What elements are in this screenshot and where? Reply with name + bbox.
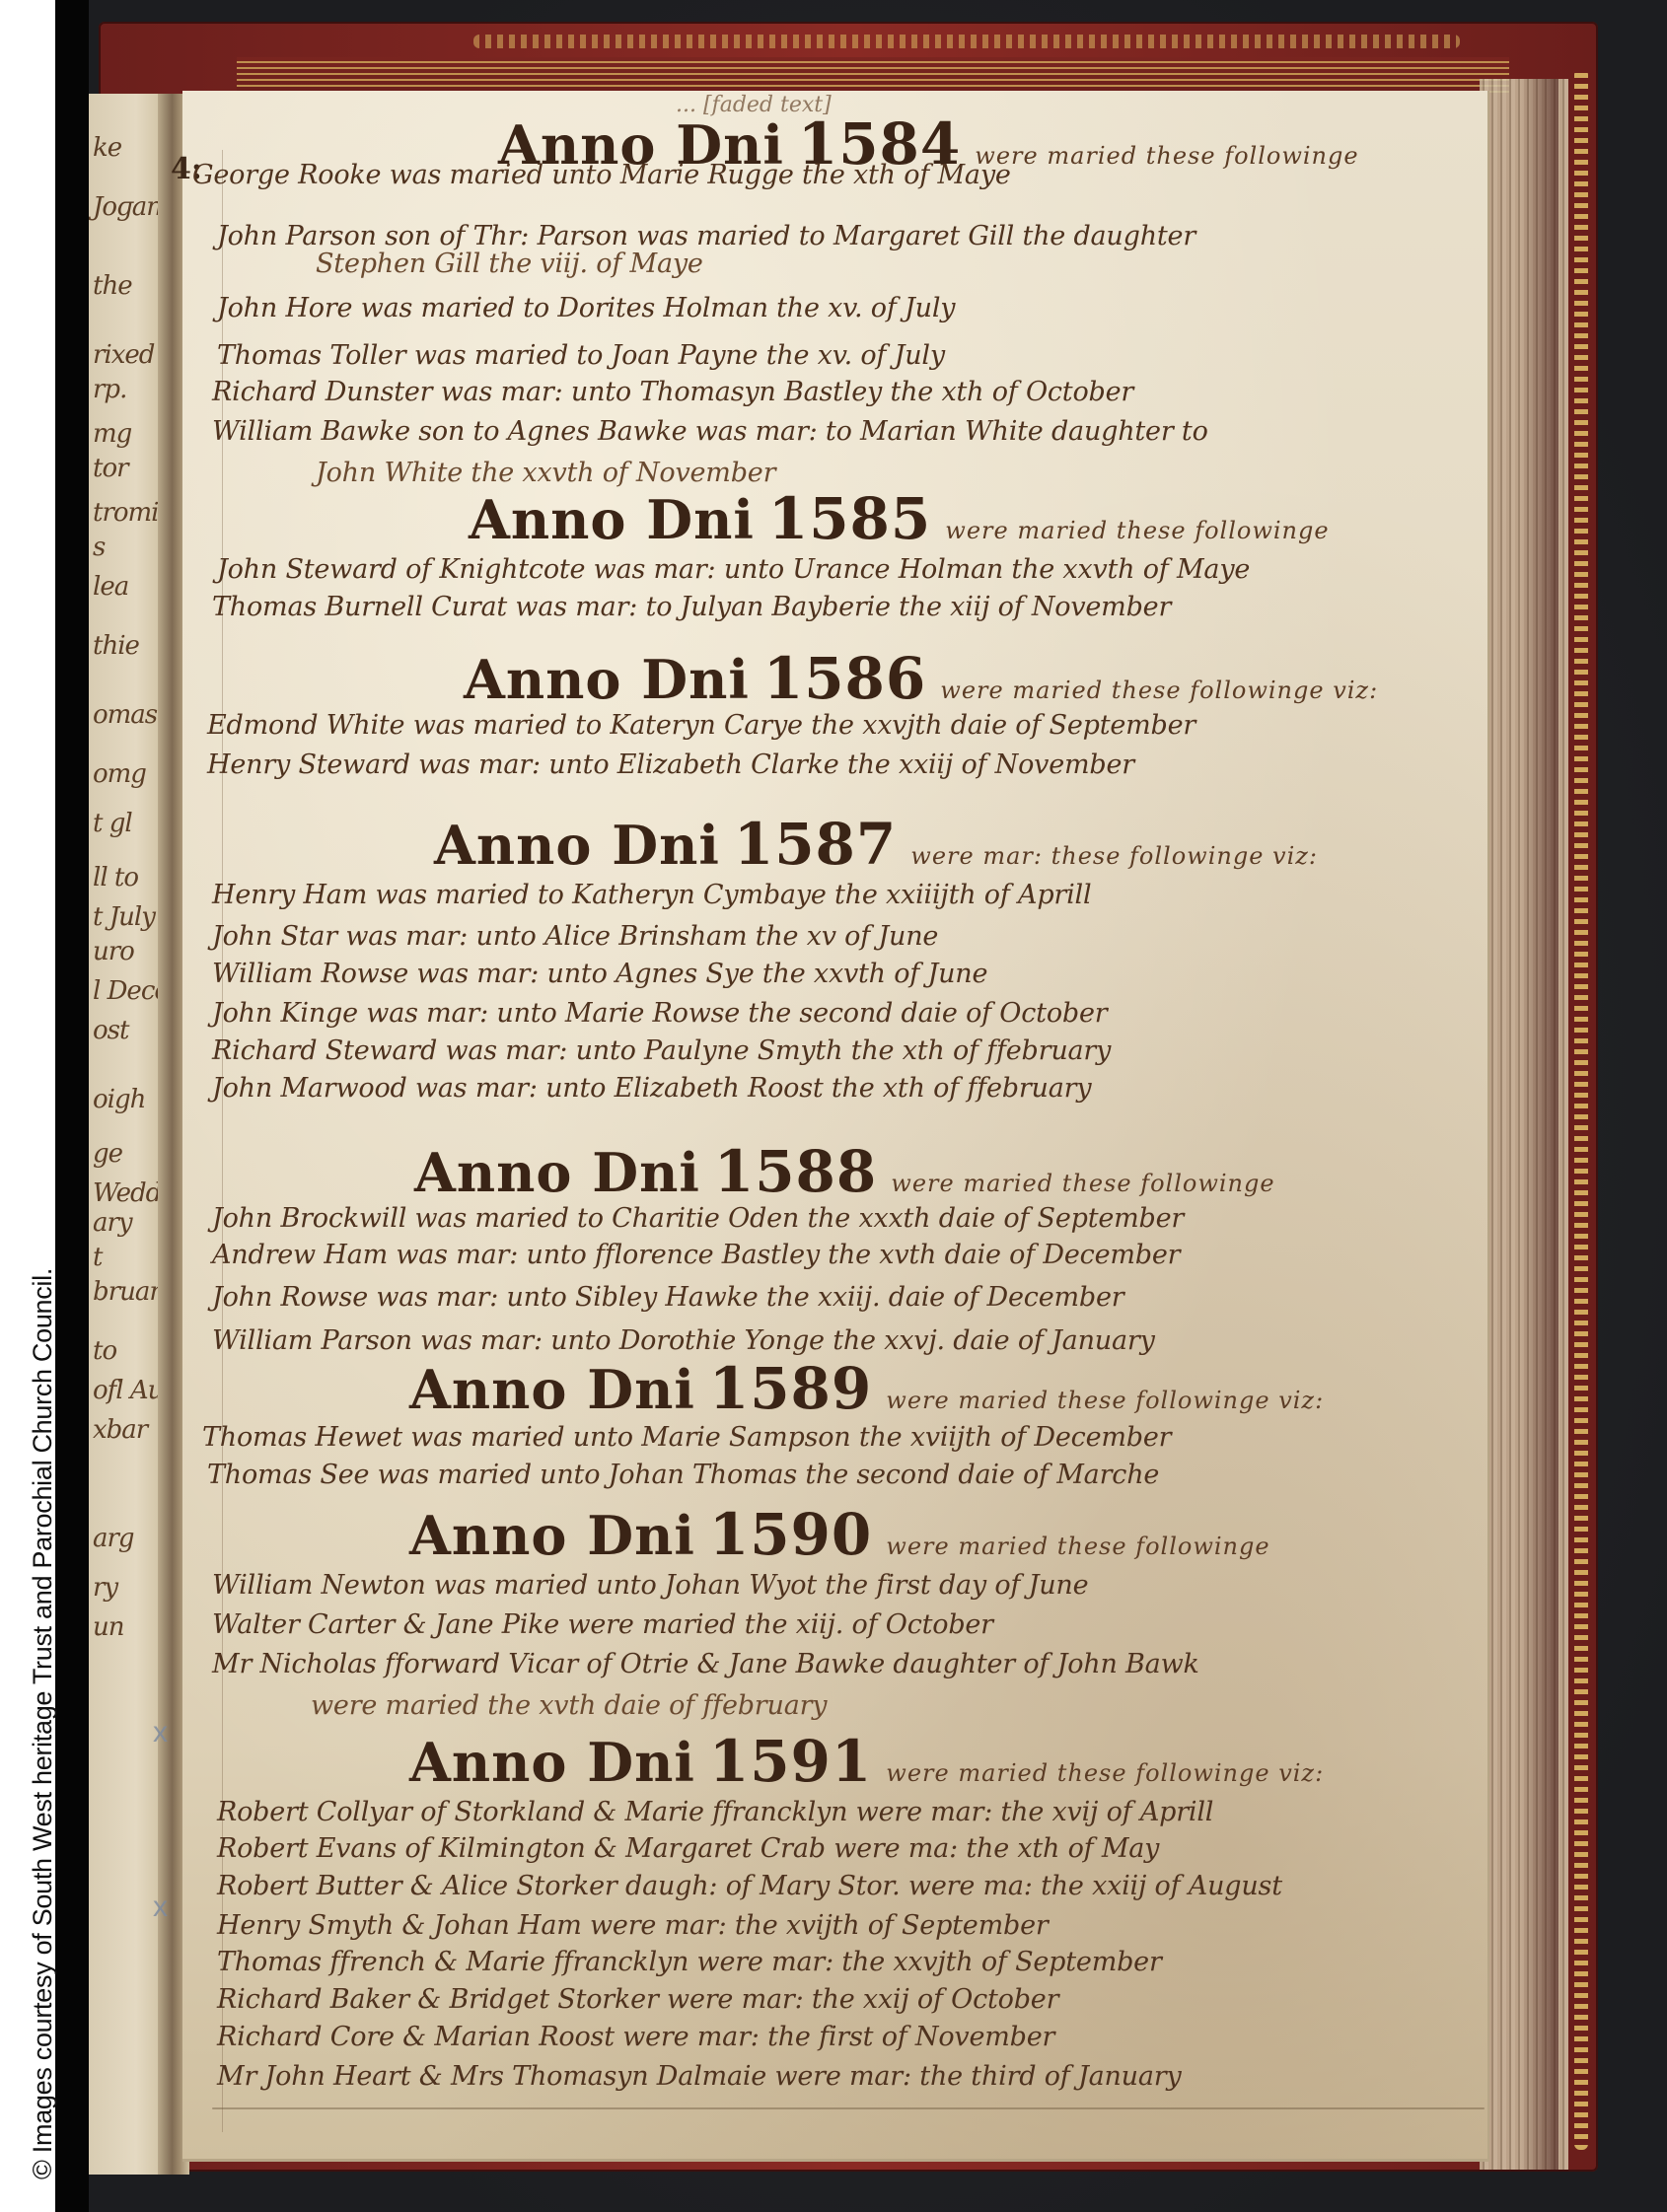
year-heading: Anno Dni1591were maried these followinge… [409,1728,1324,1795]
year-heading: Anno Dni1586were maried these followinge… [464,645,1378,712]
marriage-entry: Thomas Hewet was maried unto Marie Samps… [202,1422,1171,1453]
marriage-entry: John Rowse was mar: unto Sibley Hawke th… [212,1282,1123,1313]
register-page: ... [faded text] 4: x x Anno Dni1584were… [182,91,1489,2162]
facing-page-fragment: mg [93,419,131,449]
facing-page-strip: keJoɡantherixedrp.mgtortromisleathieomas… [89,94,168,2175]
year-number: 1589 [709,1355,872,1422]
facing-page-fragment: t July [93,902,155,932]
marriage-entry: William Parson was mar: unto Dorothie Yo… [212,1325,1155,1356]
marriage-entry: Andrew Ham was mar: unto fflorence Bastl… [212,1240,1180,1270]
facing-page-fragment: uro [93,937,134,966]
facing-page-fragment: ost [93,1016,128,1045]
facing-page-fragment: s [93,533,105,562]
heading-tail-text: were maried these followinge viz: [886,1759,1324,1787]
facing-page-fragment: bruar [93,1277,161,1307]
marriage-entry: William Newton was maried unto Johan Wyo… [212,1570,1088,1601]
marriage-entry: Henry Ham was maried to Katheryn Cymbaye… [212,880,1091,910]
facing-page-fragment: rixed [93,340,154,370]
facing-page-fragment: ke [93,133,121,163]
gold-tooling-top-lines [237,57,1509,93]
copyright-credit: © Images courtesy of South West heritage… [28,1268,58,2179]
marriage-entry: Thomas ffrench & Marie ffrancklyn were m… [217,1947,1162,1977]
page-edges-shadow [1519,79,1558,2170]
marriage-entry: Robert Evans of Kilmington & Margaret Cr… [217,1833,1159,1864]
year-heading: Anno Dni1589were maried these followinge… [409,1355,1324,1422]
anno-domini-label: Anno Dni [414,1141,700,1204]
marriage-entry: Stephen Gill the viij. of Maye [316,249,703,279]
black-border [55,0,89,2212]
facing-page-fragment: xbar [93,1415,147,1445]
marriage-entry: John Hore was maried to Dorites Holman t… [217,293,955,323]
year-number: 1590 [709,1501,872,1568]
year-number: 1588 [714,1138,877,1205]
facing-page-fragment: omas [93,700,157,730]
facing-page-fragment: ge [93,1139,122,1169]
facing-page-fragment: tromi [93,498,159,528]
gold-tooling-right [1574,69,1588,2150]
marriage-entry: Henry Steward was mar: unto Elizabeth Cl… [207,749,1134,780]
marriage-entry: John White the xxvth of November [316,458,775,488]
facing-page-fragment: un [93,1612,124,1642]
facing-page-fragment: ry [93,1573,117,1603]
marriage-entry: Richard Core & Marian Roost were mar: th… [217,2022,1054,2052]
marriage-entry: Richard Baker & Bridget Storker were mar… [217,1984,1058,2015]
facing-page-fragment: arg [93,1524,134,1553]
marriage-entry: Edmond White was maried to Kateryn Carye… [207,710,1196,741]
facing-page-fragment: Wedd [93,1178,161,1208]
facing-page-fragment: ofl Augu [93,1376,168,1405]
year-number: 1586 [763,645,926,712]
facing-page-fragment: oigh [93,1085,145,1114]
marriage-entry: George Rooke was maried unto Marie Rugge… [192,160,1011,190]
marriage-entry: Thomas Toller was maried to Joan Payne t… [217,340,945,371]
year-number: 1585 [768,485,931,552]
marriage-entry: Mr John Heart & Mrs Thomasyn Dalmaie wer… [217,2061,1182,2092]
anno-domini-label: Anno Dni [434,814,720,877]
year-heading: Anno Dni1590were maried these followinge [409,1501,1270,1568]
marriage-entry: Mr Nicholas fforward Vicar of Otrie & Ja… [212,1649,1199,1679]
marriage-entry: Richard Dunster was mar: unto Thomasyn B… [212,377,1133,407]
facing-page-fragment: ary [93,1208,132,1238]
facing-page-fragment: tor [93,454,128,483]
facing-page-fragment: t [93,1243,102,1272]
year-heading: Anno Dni1588were maried these followinge [414,1138,1275,1205]
facing-page-fragment: the [93,271,132,301]
marriage-entry: were maried the xvth daie of ffebruary [311,1690,827,1721]
year-number: 1587 [734,811,897,878]
year-heading: Anno Dni1585were maried these followinge [469,485,1330,552]
marriage-entry: John Parson son of Thr: Parson was marie… [217,221,1196,251]
anno-domini-label: Anno Dni [409,1358,695,1421]
anno-domini-label: Anno Dni [409,1504,695,1567]
marriage-entry: Walter Carter & Jane Pike were maried th… [212,1609,993,1640]
heading-tail-text: were maried these followinge [891,1170,1274,1197]
heading-tail-text: were mar: these followinge viz: [910,842,1318,870]
anno-domini-label: Anno Dni [469,488,755,551]
heading-tail-text: were maried these followinge [945,517,1329,544]
facing-page-fragment: omg [93,759,146,789]
heading-tail-text: were maried these followinge viz: [940,677,1378,704]
gold-tooling-top-chain [473,35,1460,48]
facing-page-fragment: rp. [93,375,126,404]
anno-domini-label: Anno Dni [409,1731,695,1794]
register-content: ... [faded text] 4: x x Anno Dni1584were… [182,91,1487,2159]
facing-page-fragment: Joɡan [93,192,162,222]
heading-tail-text: were maried these followinge [975,142,1358,170]
facing-page-fragment: ll to [93,863,138,892]
marriage-entry: Thomas Burnell Curat was mar: to Julyan … [212,592,1171,622]
heading-tail-text: were maried these followinge viz: [886,1387,1324,1414]
year-heading: Anno Dni1587were mar: these followinge v… [434,811,1318,878]
margin-x-mark: x [153,1716,168,1749]
facing-page-fragment: thie [93,631,139,661]
margin-x-mark: x [153,1891,168,1924]
marriage-entry: Thomas See was maried unto Johan Thomas … [207,1460,1159,1490]
facing-page-fragment: to [93,1336,116,1366]
marriage-entry: John Star was mar: unto Alice Brinsham t… [212,921,938,952]
marriage-entry: John Marwood was mar: unto Elizabeth Roo… [212,1073,1091,1104]
marriage-entry: Richard Steward was mar: unto Paulyne Sm… [212,1035,1111,1066]
anno-domini-label: Anno Dni [464,648,750,711]
marriage-entry: William Bawke son to Agnes Bawke was mar… [212,416,1208,447]
facing-page-fragment: lea [93,572,128,602]
year-number: 1591 [709,1728,872,1795]
marriage-entry: Robert Collyar of Storkland & Marie ffra… [217,1797,1213,1827]
marriage-entry: John Steward of Knightcote was mar: unto… [217,554,1250,585]
marriage-entry: John Kinge was mar: unto Marie Rowse the… [212,998,1107,1029]
heading-tail-text: were maried these followinge [886,1533,1269,1560]
marriage-entry: Henry Smyth & Johan Ham were mar: the xv… [217,1910,1049,1941]
marriage-entry: William Rowse was mar: unto Agnes Sye th… [212,959,987,989]
marriage-entry: Robert Butter & Alice Storker daugh: of … [217,1871,1282,1901]
facing-page-fragment: l Decem [93,976,168,1006]
facing-page-fragment: t gl [93,809,132,838]
marriage-entry: John Brockwill was maried to Charitie Od… [212,1203,1184,1234]
